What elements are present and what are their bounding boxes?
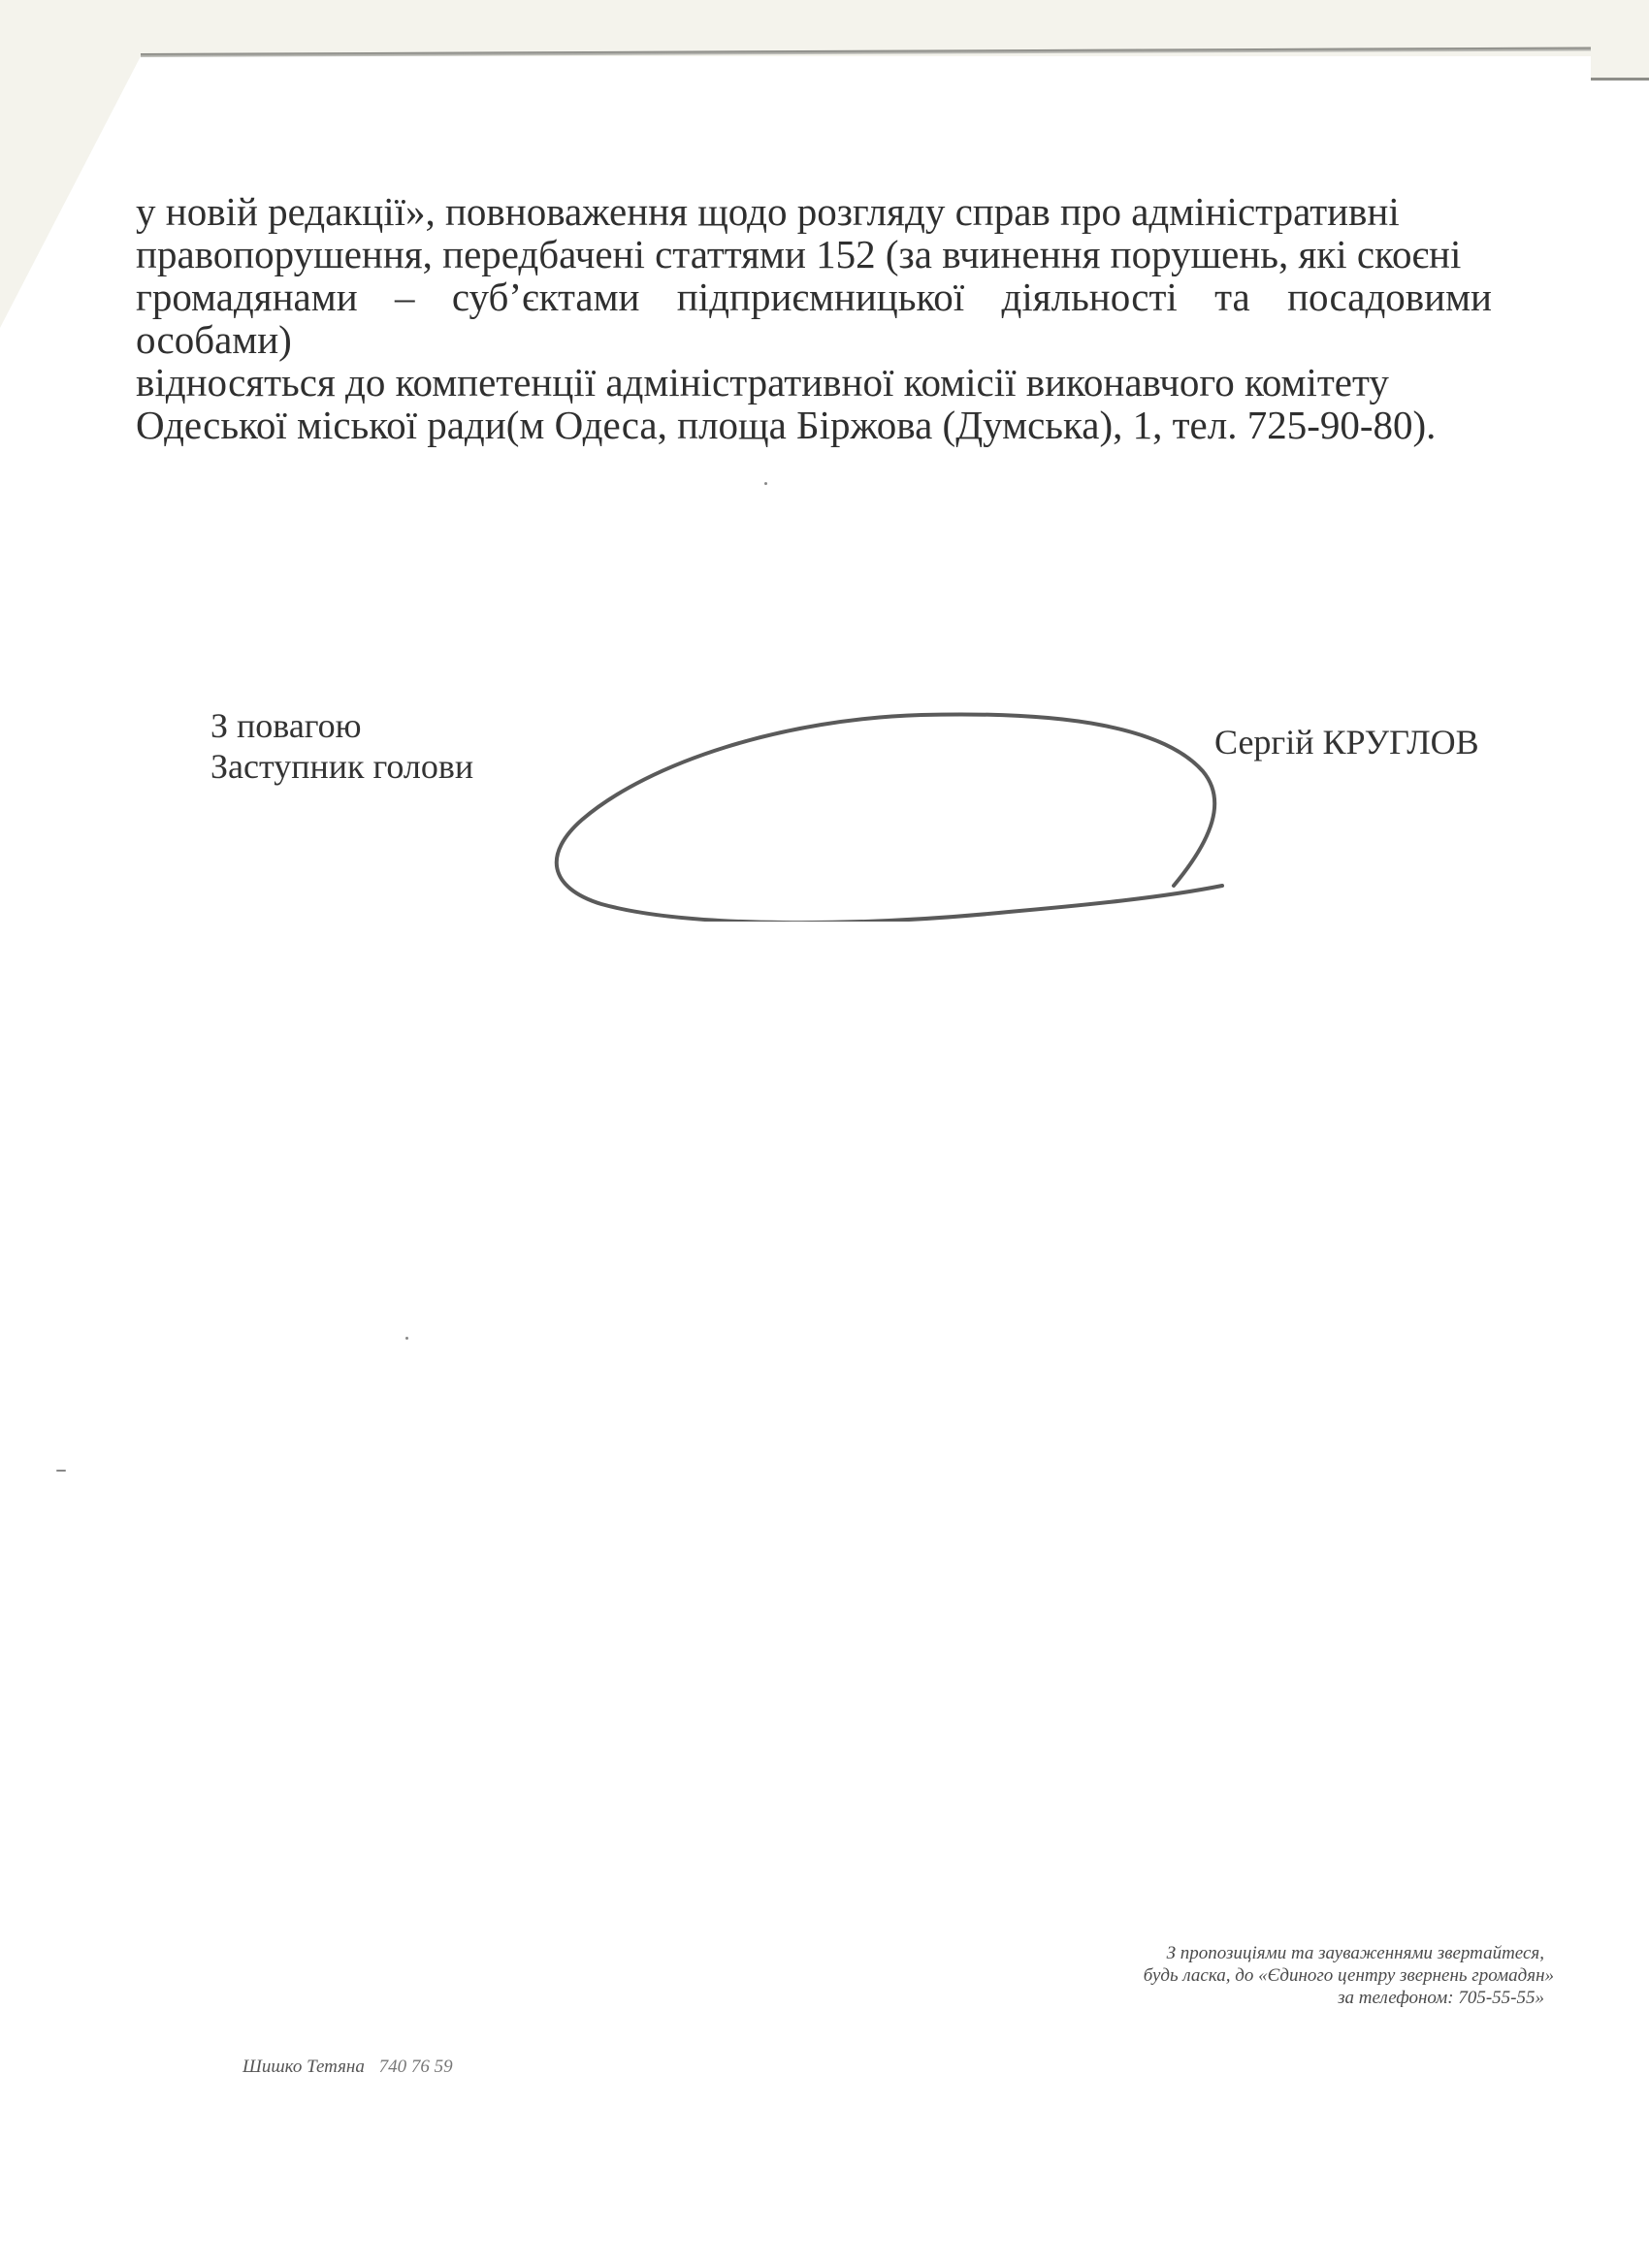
- page-top-edge: [141, 47, 1591, 57]
- signer-position: Заступник голови: [210, 746, 473, 787]
- footer-note-line-3: за телефоном: 705-55-55»: [1050, 1987, 1554, 2009]
- closing-block: З повагою Заступник голови: [210, 705, 473, 787]
- body-line-4: відносяться до компетенції адміністратив…: [136, 361, 1492, 404]
- body-line-3: громадянами – суб’єктами підприємницької…: [136, 275, 1492, 361]
- scan-speck: [56, 1470, 66, 1472]
- body-line-1: у новій редакції», повноваження щодо роз…: [136, 190, 1492, 233]
- body-line-2: правопорушення, передбачені статтями 152…: [136, 233, 1492, 275]
- back-sheet-edge: [1591, 78, 1649, 2268]
- signer-name: Сергій КРУГЛОВ: [1214, 722, 1479, 762]
- salutation: З повагою: [210, 705, 473, 746]
- executor-name: Шишко Тетяна: [242, 2057, 365, 2077]
- body-line-5: Одеської міської ради(м Одеса, площа Бір…: [136, 404, 1492, 446]
- footer-note-line-2: будь ласка, до «Єдиного центру звернень …: [1050, 1964, 1554, 1987]
- executor-info: Шишко Тетяна 740 76 59: [242, 2057, 453, 2078]
- footer-note-line-1: З пропозиціями та зауваженнями звертайте…: [1050, 1942, 1554, 1964]
- scan-speck: [405, 1337, 408, 1340]
- executor-phone: 740 76 59: [379, 2057, 453, 2077]
- signature-icon: [543, 703, 1261, 922]
- footer-contact-note: З пропозиціями та зауваженнями звертайте…: [1050, 1942, 1554, 2009]
- scan-speck: [764, 482, 767, 485]
- body-paragraph: у новій редакції», повноваження щодо роз…: [136, 190, 1492, 446]
